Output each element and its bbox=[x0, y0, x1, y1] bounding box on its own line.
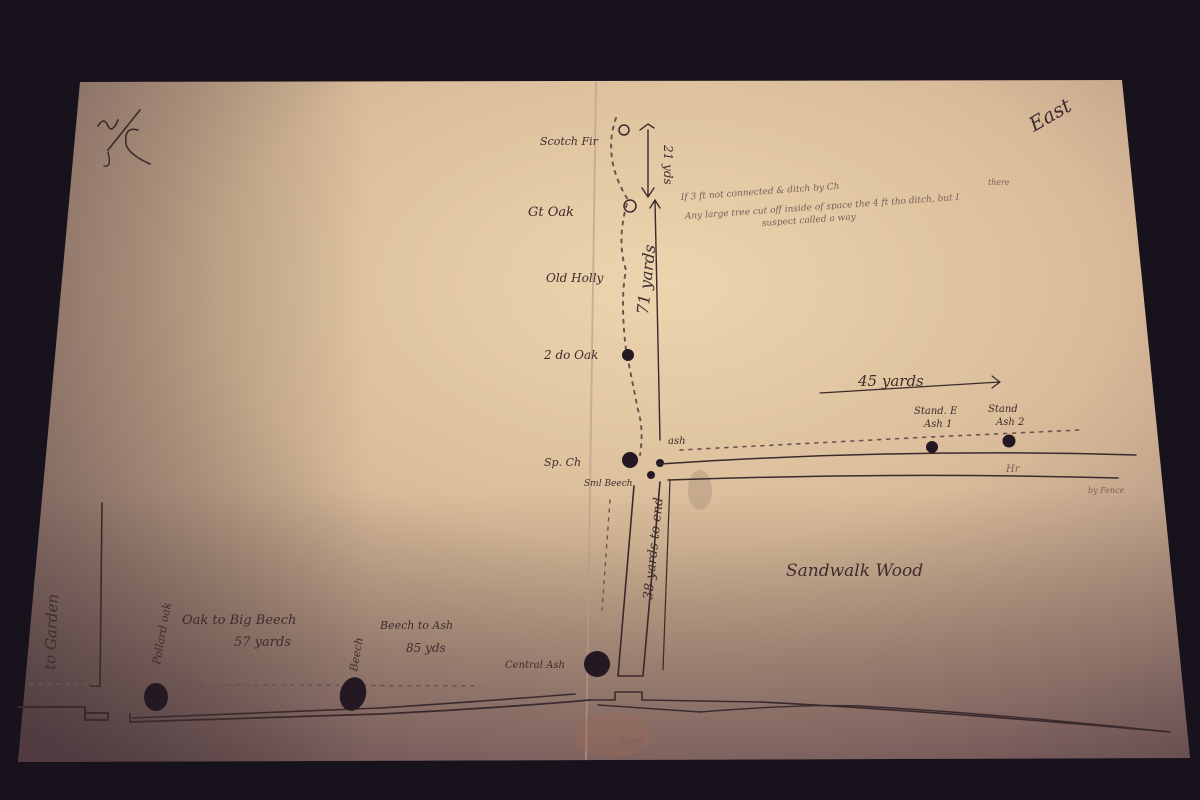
central-ash-marker bbox=[584, 651, 610, 677]
garden-label: to Garden bbox=[41, 593, 62, 670]
small-beech-marker bbox=[647, 471, 655, 479]
ash-2-label-line1: Stand bbox=[988, 404, 1018, 415]
small-beech-label: Sml Beech bbox=[584, 479, 633, 489]
central-ash-label: Central Ash bbox=[505, 660, 565, 671]
old-holly-label: Old Holly bbox=[546, 271, 604, 285]
wood-label: Sandwalk Wood bbox=[786, 561, 923, 581]
faint-hr-label: Hr bbox=[1005, 464, 1021, 475]
spanish-chestnut-label: Sp. Ch bbox=[544, 456, 581, 469]
spanish-chestnut-marker bbox=[622, 452, 638, 468]
ash-2-label-line2: Ash 2 bbox=[995, 417, 1024, 428]
faint-bottom-label: Ham bbox=[619, 736, 644, 747]
great-oak-label: Gt Oak bbox=[528, 205, 574, 220]
ash-marker bbox=[656, 459, 664, 467]
beech-ash-distance-line1: Beech to Ash bbox=[379, 619, 453, 632]
beech-ash-distance-line2: 85 yds bbox=[406, 641, 446, 655]
pollard-oak-marker bbox=[144, 683, 168, 711]
top-span-distance: 21 yds bbox=[661, 144, 675, 185]
east-distance: 45 yards bbox=[857, 372, 924, 390]
oak-beech-distance-line2: 57 yards bbox=[234, 635, 291, 650]
map-canvas: East 21 yds 71 yards Scotch Fir Gt Oak O… bbox=[0, 0, 1200, 800]
second-oak-marker bbox=[622, 349, 634, 361]
map-photo: East 21 yds 71 yards Scotch Fir Gt Oak O… bbox=[0, 0, 1200, 800]
oak-beech-distance-line1: Oak to Big Beech bbox=[182, 613, 296, 628]
ash-1-label-line2: Ash 1 bbox=[923, 419, 952, 430]
scotch-fir-label: Scotch Fir bbox=[540, 135, 599, 148]
ash-1-marker bbox=[926, 441, 938, 453]
faint-fence-label: by Fence bbox=[1088, 486, 1125, 495]
second-oak-label: 2 do Oak bbox=[543, 348, 598, 362]
ash-label: ash bbox=[668, 436, 686, 447]
ash-1-label-line1: Stand. E bbox=[914, 406, 958, 417]
svg-text:there: there bbox=[988, 178, 1010, 187]
ash-2-marker bbox=[1003, 435, 1016, 448]
